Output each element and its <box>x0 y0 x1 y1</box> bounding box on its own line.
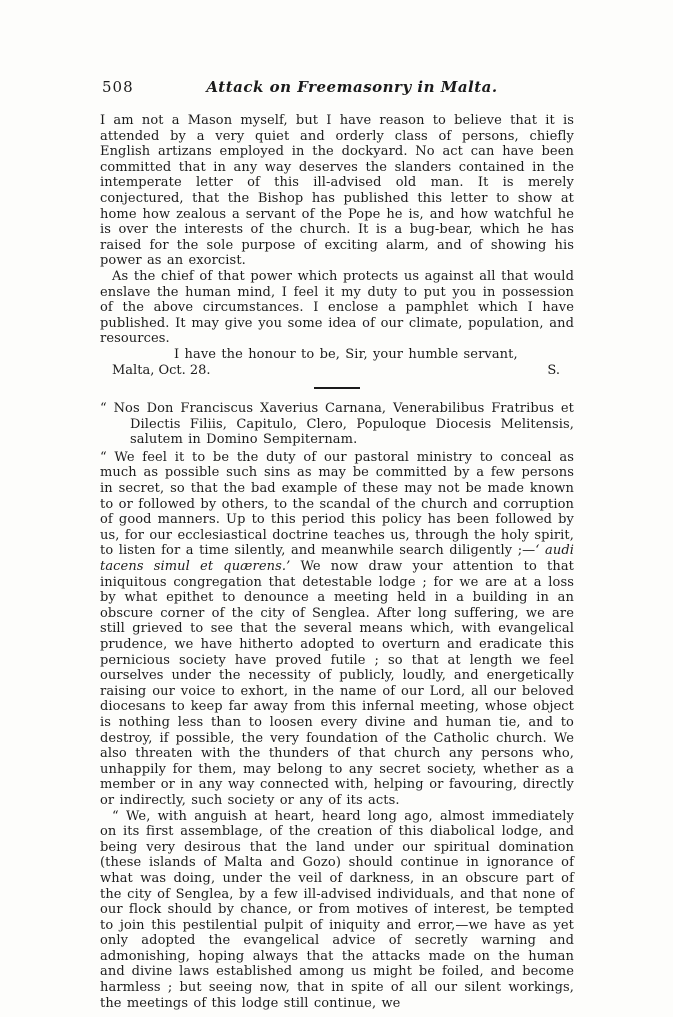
letter-closing: I have the honour to be, Sir, your humbl… <box>100 347 574 363</box>
letter-paragraph-2: As the chief of that power which protect… <box>100 269 574 347</box>
running-title: Attack on Freemasonry in Malta. <box>100 78 574 96</box>
text-block: 508 Attack on Freemasonry in Malta. I am… <box>100 78 574 1011</box>
page-header: 508 Attack on Freemasonry in Malta. <box>100 78 574 100</box>
book-page: 508 Attack on Freemasonry in Malta. I am… <box>0 0 673 1017</box>
letter-paragraph-1: I am not a Mason myself, but I have reas… <box>100 113 574 269</box>
section-divider <box>314 387 360 389</box>
letter-dateline: Malta, Oct. 28. <box>112 363 211 379</box>
pastoral-paragraph-1: “ We feel it to be the duty of our pasto… <box>100 450 574 809</box>
pastoral-letter-section: “ Nos Don Franciscus Xaverius Carnana, V… <box>100 401 574 1011</box>
letter-signature: S. <box>547 363 560 379</box>
letter-section: I am not a Mason myself, but I have reas… <box>100 113 574 378</box>
page-number: 508 <box>102 78 134 96</box>
letter-dateline-row: Malta, Oct. 28. S. <box>100 363 574 379</box>
pastoral-paragraph-2: “ We, with anguish at heart, heard long … <box>100 809 574 1012</box>
pastoral-paragraph-1-continued: We now draw your attention to that iniqu… <box>100 559 574 808</box>
pastoral-salutation: “ Nos Don Franciscus Xaverius Carnana, V… <box>100 401 574 448</box>
pastoral-paragraph-1-text: “ We feel it to be the duty of our pasto… <box>100 450 574 559</box>
